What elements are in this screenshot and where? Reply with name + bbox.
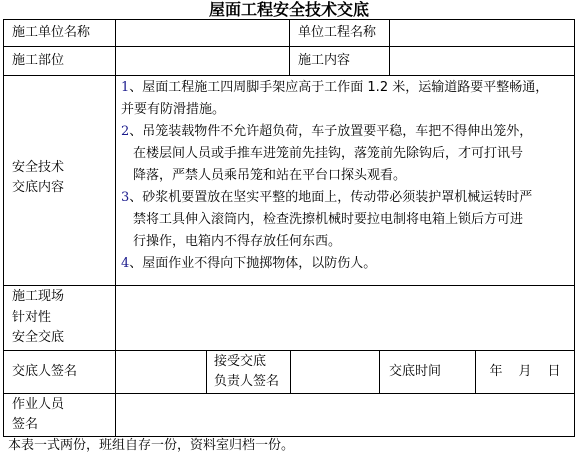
construction-part-label: 施工部位 <box>4 47 115 75</box>
briefer-signature-label: 交底人签名 <box>4 351 115 393</box>
safety-item-3: 3、砂浆机要置放在坚实平整的地面上，传动带必须装护罩机械运转时严 禁将工具伸入滚… <box>121 187 573 253</box>
item-text: 、砂浆机要置放在坚实平整的地面上，传动带必须装护罩机械运转时严 <box>129 190 532 205</box>
day-label: 日 <box>548 362 561 382</box>
site-specific-field[interactable] <box>116 286 574 350</box>
safety-item-4: 4、屋面作业不得向下抛掷物体，以防伤人。 <box>121 253 573 275</box>
construction-unit-field[interactable] <box>116 20 289 46</box>
item-text-cont: 行操作，电箱内不得存放任何东西。 <box>121 231 573 253</box>
project-name-field[interactable] <box>390 20 574 46</box>
item-text-cont: 降落，严禁人员乘吊笼和站在平台口探头观看。 <box>121 165 573 187</box>
site-specific-label: 施工现场 针对性 安全交底 <box>12 287 112 349</box>
document-title: 屋面工程安全技术交底 <box>0 0 578 19</box>
briefing-date-field[interactable]: 年 月 日 <box>476 351 574 393</box>
month-label: 月 <box>518 362 531 382</box>
year-label: 年 <box>489 362 502 382</box>
receiver-label-line1: 接受交底 <box>214 352 290 372</box>
project-name-label: 单位工程名称 <box>290 20 389 46</box>
item-text-cont: 并要有防滑措施。 <box>121 99 573 121</box>
construction-content-label: 施工内容 <box>290 47 389 75</box>
footnote: 本表一式两份，班组自存一份，资料室归档一份。 <box>8 437 294 455</box>
workers-label-line1: 作业人员 <box>12 395 112 415</box>
site-specific-label-line2: 针对性 <box>12 308 112 329</box>
construction-unit-label: 施工单位名称 <box>4 20 115 46</box>
item-text-cont: 禁将工具伸入滚筒内，检查洗擦机械时要拉电制将电箱上锁后方可进 <box>121 209 573 231</box>
workers-label-line2: 签名 <box>12 415 112 435</box>
grid-line <box>206 350 207 394</box>
receiver-label-line2: 负责人签名 <box>214 372 290 392</box>
item-text: 、吊笼装载物件不允许超负荷，车子放置要平稳，车把不得伸出笼外， <box>129 124 532 139</box>
item-text: 、屋面作业不得向下抛掷物体，以防伤人。 <box>129 256 376 271</box>
safety-item-1: 1、屋面工程施工四周脚手架应高于工作面 1.2 米，运输道路要平整畅通， 并要有… <box>121 77 573 121</box>
item-text-cont: 在楼层间人员或手推车进笼前先挂钩，落笼前先除钩后，才可打讯号 <box>121 143 573 165</box>
construction-part-field[interactable] <box>116 47 289 75</box>
receiver-signature-label: 接受交底 负责人签名 <box>214 351 290 393</box>
briefing-time-label: 交底时间 <box>380 351 475 393</box>
safety-content-body: 1、屋面工程施工四周脚手架应高于工作面 1.2 米，运输道路要平整畅通， 并要有… <box>121 77 573 275</box>
safety-content-label: 安全技术 交底内容 <box>12 158 112 202</box>
safety-content-label-line1: 安全技术 <box>12 158 112 178</box>
site-specific-label-line1: 施工现场 <box>12 287 112 308</box>
safety-content-label-line2: 交底内容 <box>12 178 112 198</box>
workers-signature-label: 作业人员 签名 <box>12 395 112 436</box>
item-text: 、屋面工程施工四周脚手架应高于工作面 1.2 米，运输道路要平整畅通， <box>129 80 548 95</box>
receiver-signature-field[interactable] <box>291 351 379 393</box>
workers-signature-field[interactable] <box>116 394 574 436</box>
safety-item-2: 2、吊笼装载物件不允许超负荷，车子放置要平稳，车把不得伸出笼外， 在楼层间人员或… <box>121 121 573 187</box>
site-specific-label-line3: 安全交底 <box>12 328 112 349</box>
grid-line <box>574 19 575 437</box>
construction-content-field[interactable] <box>390 47 574 75</box>
briefer-signature-field[interactable] <box>116 351 206 393</box>
